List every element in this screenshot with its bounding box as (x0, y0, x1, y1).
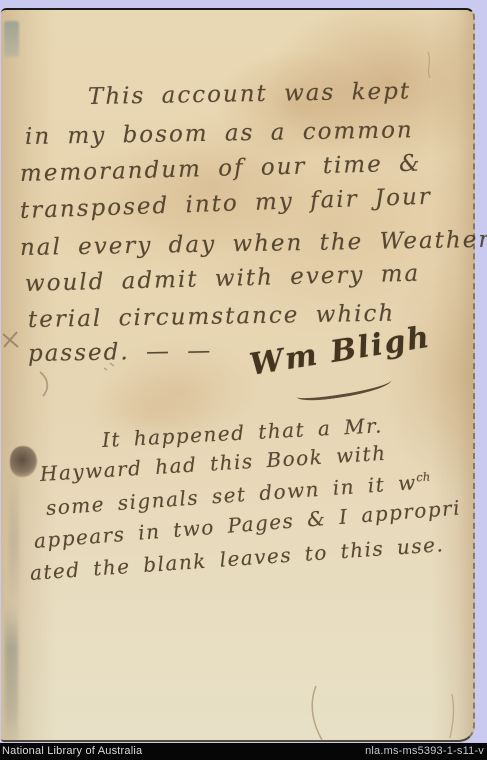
tape-residue-patch (4, 21, 19, 57)
caption-bar: National Library of Australia nla.ms-ms5… (0, 743, 487, 760)
manuscript-scan-view: This account was kept in my bosom as a c… (0, 0, 487, 760)
grey-streak-lower (5, 605, 18, 750)
grey-streak-upper (9, 465, 19, 615)
ink-blot (10, 446, 37, 477)
catalog-number: nla.ms-ms5393-1-s11-v (365, 745, 484, 757)
library-name: National Library of Australia (2, 745, 142, 757)
superscript-abbreviation: ch (416, 469, 431, 484)
manuscript-line: passed. — — (28, 338, 213, 367)
